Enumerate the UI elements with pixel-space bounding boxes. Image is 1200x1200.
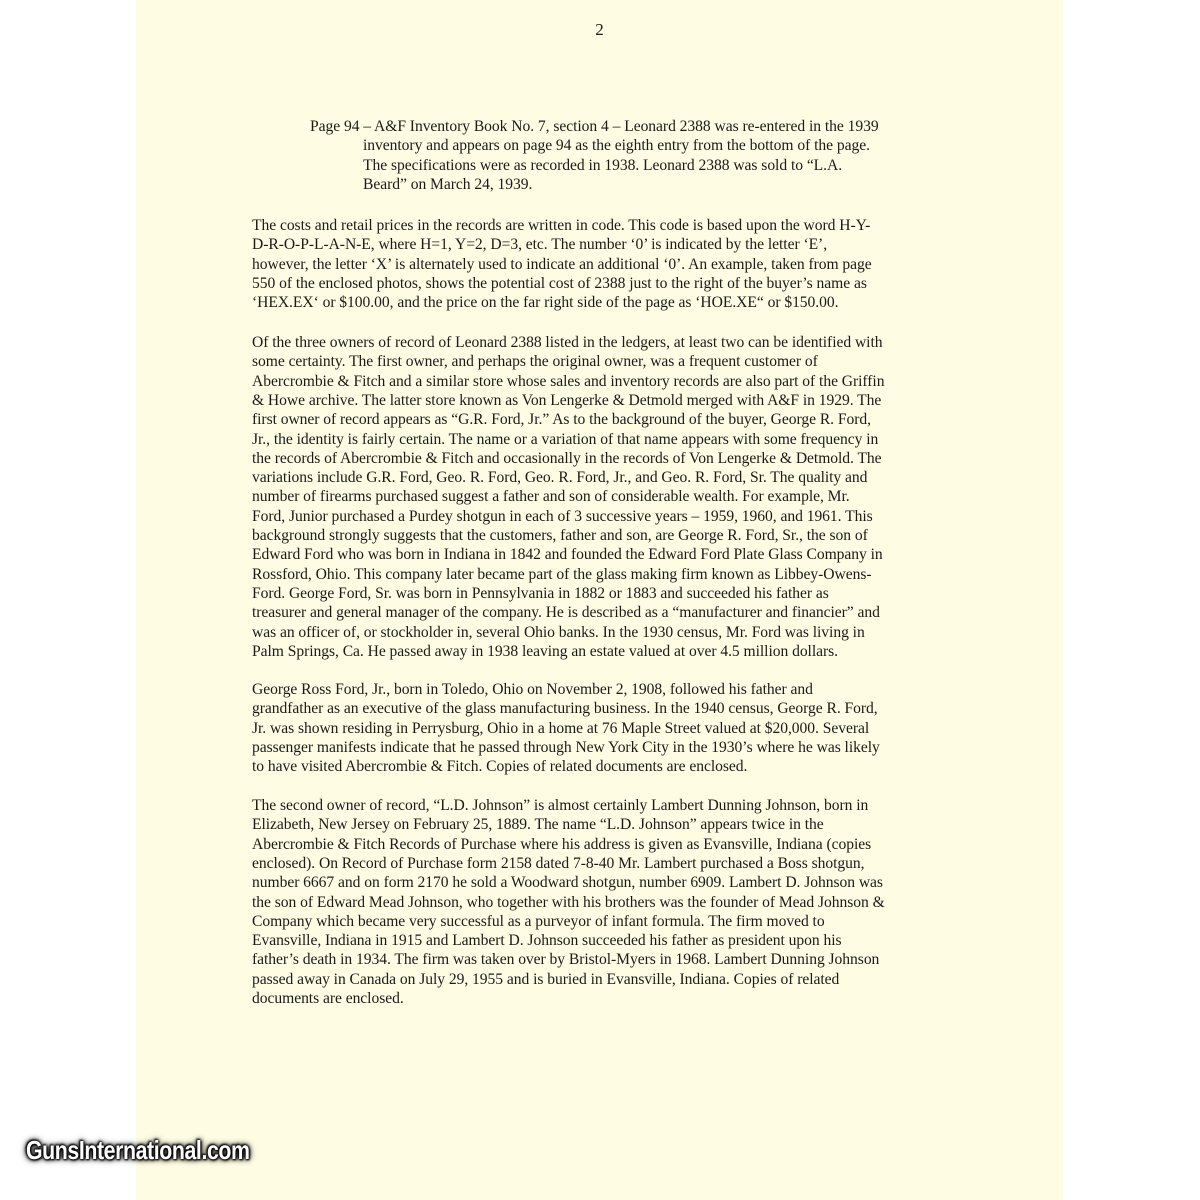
paragraph-line: ‘HEX.EX‘ or $100.00, and the price on th… [252, 293, 839, 312]
paragraph-line: 550 of the enclosed photos, shows the po… [252, 274, 867, 293]
watermark-logo: GunsInternational.com [26, 1135, 250, 1166]
page-number: 2 [136, 20, 1063, 40]
document-page: 2 Page 94 – A&F Inventory Book No. 7, se… [136, 0, 1063, 1200]
paragraph-line: The costs and retail prices in the recor… [252, 216, 870, 235]
paragraph-line: to have visited Abercrombie & Fitch. Cop… [252, 757, 747, 776]
paragraph-line: D-R-O-P-L-A-N-E, where H=1, Y=2, D=3, et… [252, 235, 827, 254]
paragraph-line: Elizabeth, New Jersey on February 25, 18… [252, 815, 824, 834]
entry-line: Page 94 – A&F Inventory Book No. 7, sect… [310, 117, 879, 136]
paragraph-line: Abercrombie & Fitch Records of Purchase … [252, 835, 871, 854]
paragraph-line: father’s death in 1934. The firm was tak… [252, 950, 879, 969]
paragraph-line: background strongly suggests that the cu… [252, 526, 868, 545]
paragraph-line: Palm Springs, Ca. He passed away in 1938… [252, 642, 838, 661]
paragraph-line: enclosed). On Record of Purchase form 21… [252, 854, 864, 873]
paragraph-line: however, the letter ‘X’ is alternately u… [252, 255, 872, 274]
paragraph-line: was an officer of, or stockholder in, se… [252, 623, 865, 642]
paragraph-line: variations include G.R. Ford, Geo. R. Fo… [252, 468, 867, 487]
entry-line: inventory and appears on page 94 as the … [363, 136, 870, 155]
paragraph-line: passenger manifests indicate that he pas… [252, 738, 880, 757]
paragraph-line: Evansville, Indiana in 1915 and Lambert … [252, 931, 842, 950]
paragraph-line: Jr. was shown residing in Perrysburg, Oh… [252, 719, 869, 738]
paragraph-line: first owner of record appears as “G.R. F… [252, 410, 871, 429]
paragraph-line: & Howe archive. The latter store known a… [252, 391, 881, 410]
paragraph-line: Jr., the identity is fairly certain. The… [252, 430, 878, 449]
paragraph-line: number 6667 and on form 2170 he sold a W… [252, 873, 883, 892]
entry-line: The specifications were as recorded in 1… [363, 156, 842, 175]
paragraph-line: the records of Abercrombie & Fitch and o… [252, 449, 882, 468]
paragraph-line: Abercrombie & Fitch and a similar store … [252, 372, 884, 391]
paragraph-line: treasurer and general manager of the com… [252, 603, 880, 622]
paragraph-line: Ford. George Ford, Sr. was born in Penns… [252, 584, 829, 603]
paragraph-line: documents are enclosed. [252, 989, 404, 1008]
paragraph-line: number of firearms purchased suggest a f… [252, 487, 850, 506]
paragraph-line: Of the three owners of record of Leonard… [252, 333, 882, 352]
paragraph-line: passed away in Canada on July 29, 1955 a… [252, 970, 839, 989]
paragraph-line: Edward Ford who was born in Indiana in 1… [252, 545, 883, 564]
paragraph-line: The second owner of record, “L.D. Johnso… [252, 796, 868, 815]
paragraph-line: the son of Edward Mead Johnson, who toge… [252, 893, 885, 912]
paragraph-line: Rossford, Ohio. This company later becam… [252, 565, 872, 584]
paragraph-line: some certainty. The first owner, and per… [252, 352, 818, 371]
paragraph-line: grandfather as an executive of the glass… [252, 699, 878, 718]
paragraph-line: George Ross Ford, Jr., born in Toledo, O… [252, 680, 813, 699]
entry-line: Beard” on March 24, 1939. [363, 175, 532, 194]
paragraph-line: Ford, Junior purchased a Purdey shotgun … [252, 507, 873, 526]
paragraph-line: Company which became very successful as … [252, 912, 825, 931]
